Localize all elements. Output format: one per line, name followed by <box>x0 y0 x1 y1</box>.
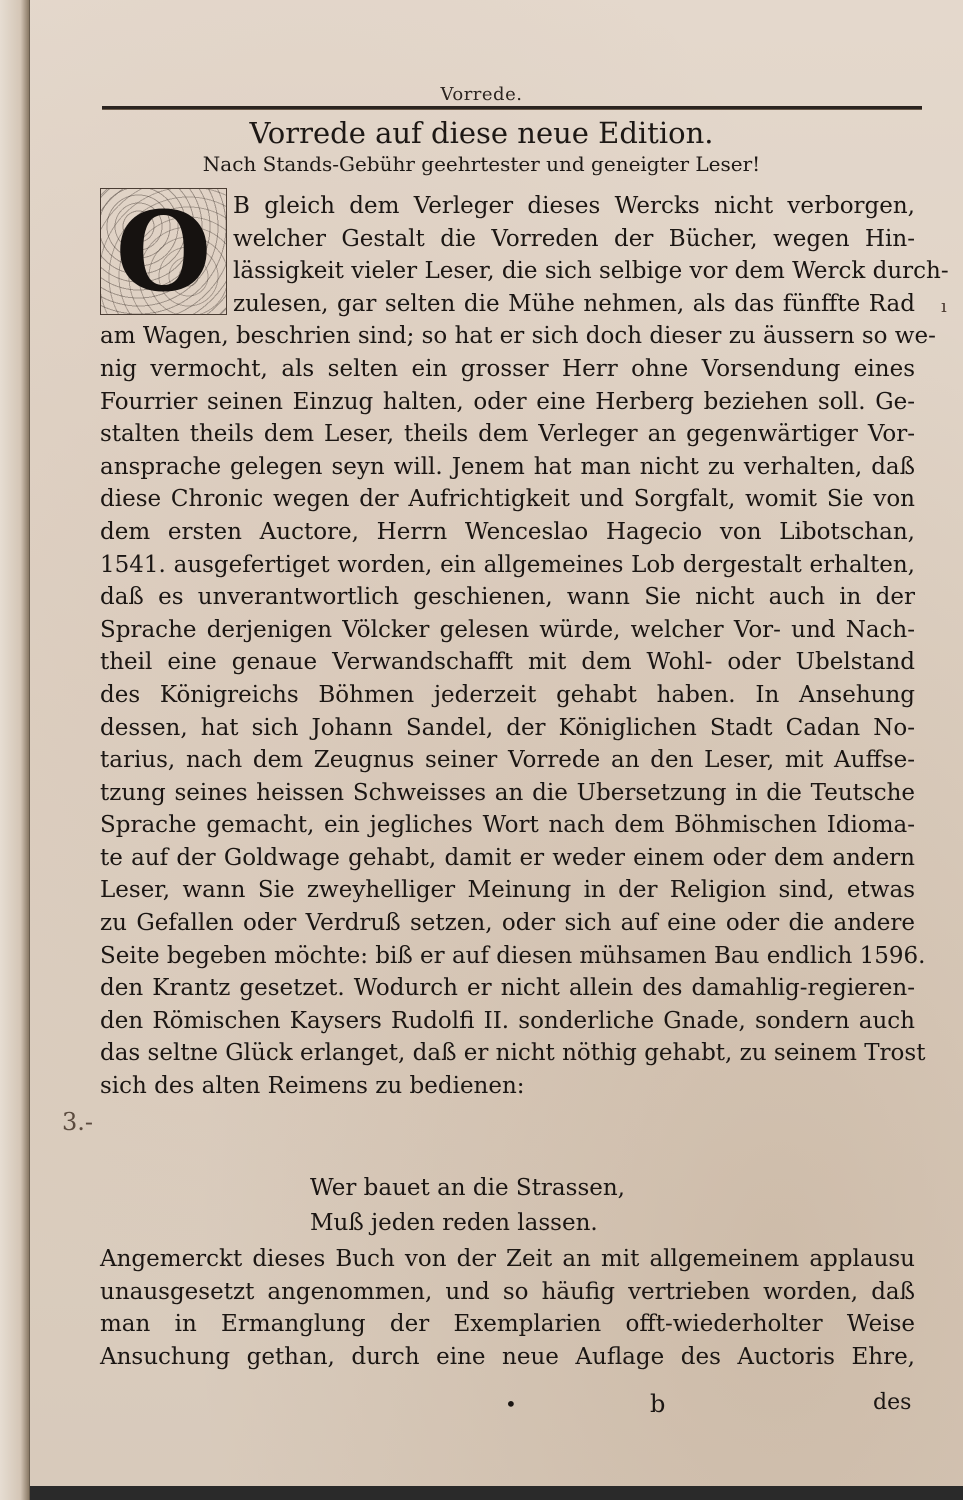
text-line: den Krantz gesetzet. Wodurch er nicht al… <box>100 972 915 1005</box>
verse-line: Wer bauet an die Strassen, <box>310 1172 625 1205</box>
page-title: Vorrede auf diese neue Edition. <box>0 116 963 150</box>
footer-dot: • <box>505 1392 517 1416</box>
header-rule <box>102 106 922 110</box>
text-line: stalten theils dem Leser, theils dem Ver… <box>100 418 915 451</box>
margin-tick: ı <box>941 296 947 317</box>
text-line: Sprache gemacht, ein jegliches Wort nach… <box>100 809 915 842</box>
book-gutter <box>0 0 34 1500</box>
closing-paragraph: Angemerckt dieses Buch von der Zeit an m… <box>100 1243 915 1373</box>
text-line: des Königreichs Böhmen jederzeit gehabt … <box>100 679 915 712</box>
salutation: Nach Stands-Gebühr geehrtester und genei… <box>0 152 963 176</box>
text-line: Sprache derjenigen Völcker gelesen würde… <box>100 614 915 647</box>
text-line: das seltne Glück erlanget, daß er nicht … <box>100 1037 915 1070</box>
text-line: am Wagen, beschrien sind; so hat er sich… <box>100 320 915 353</box>
text-line: ansprache gelegen seyn will. Jenem hat m… <box>100 451 915 484</box>
text-line: man in Ermanglung der Exemplarien offt-w… <box>100 1308 915 1341</box>
text-line: daß es unverantwortlich geschienen, wann… <box>100 581 915 614</box>
page-bottom-edge <box>30 1486 963 1500</box>
text-line: theil eine genaue Verwandschafft mit dem… <box>100 646 915 679</box>
text-line: zu Gefallen oder Verdruß setzen, oder si… <box>100 907 915 940</box>
text-line: sich des alten Reimens zu bedienen: <box>100 1070 915 1103</box>
signature-mark: b <box>650 1390 665 1418</box>
running-head: Vorrede. <box>0 84 963 105</box>
text-line: zulesen, gar selten die Mühe nehmen, als… <box>100 288 915 321</box>
text-line: dessen, hat sich Johann Sandel, der Köni… <box>100 712 915 745</box>
text-line: Ansuchung gethan, durch eine neue Auflag… <box>100 1341 915 1374</box>
margin-annotation: 3.- <box>62 1108 93 1136</box>
verse-line: Muß jeden reden lassen. <box>310 1207 598 1240</box>
text-line: den Römischen Kaysers Rudolfi II. sonder… <box>100 1005 915 1038</box>
text-line: te auf der Goldwage gehabt, damit er wed… <box>100 842 915 875</box>
text-line: Angemerckt dieses Buch von der Zeit an m… <box>100 1243 915 1276</box>
text-line: B gleich dem Verleger dieses Wercks nich… <box>100 190 915 223</box>
opening-paragraph: B gleich dem Verleger dieses Wercks nich… <box>100 190 915 1103</box>
text-line: Fourrier seinen Einzug halten, oder eine… <box>100 386 915 419</box>
text-line: Leser, wann Sie zweyhelliger Meinung in … <box>100 874 915 907</box>
catchword: des <box>873 1390 911 1415</box>
text-line: dem ersten Auctore, Herrn Wenceslao Hage… <box>100 516 915 549</box>
text-line: unausgesetzt angenommen, und so häufig v… <box>100 1276 915 1309</box>
text-line: lässigkeit vieler Leser, die sich selbig… <box>100 255 915 288</box>
text-line: tarius, nach dem Zeugnus seiner Vorrede … <box>100 744 915 777</box>
text-line: Seite begeben möchte: biß er auf diesen … <box>100 940 915 973</box>
text-line: welcher Gestalt die Vorreden der Bücher,… <box>100 223 915 256</box>
text-line: 1541. ausgefertiget worden, ein allgemei… <box>100 549 915 582</box>
text-line: nig vermocht, als selten ein grosser Her… <box>100 353 915 386</box>
text-line: diese Chronic wegen der Aufrichtigkeit u… <box>100 483 915 516</box>
text-line: tzung seines heissen Schweisses an die U… <box>100 777 915 810</box>
